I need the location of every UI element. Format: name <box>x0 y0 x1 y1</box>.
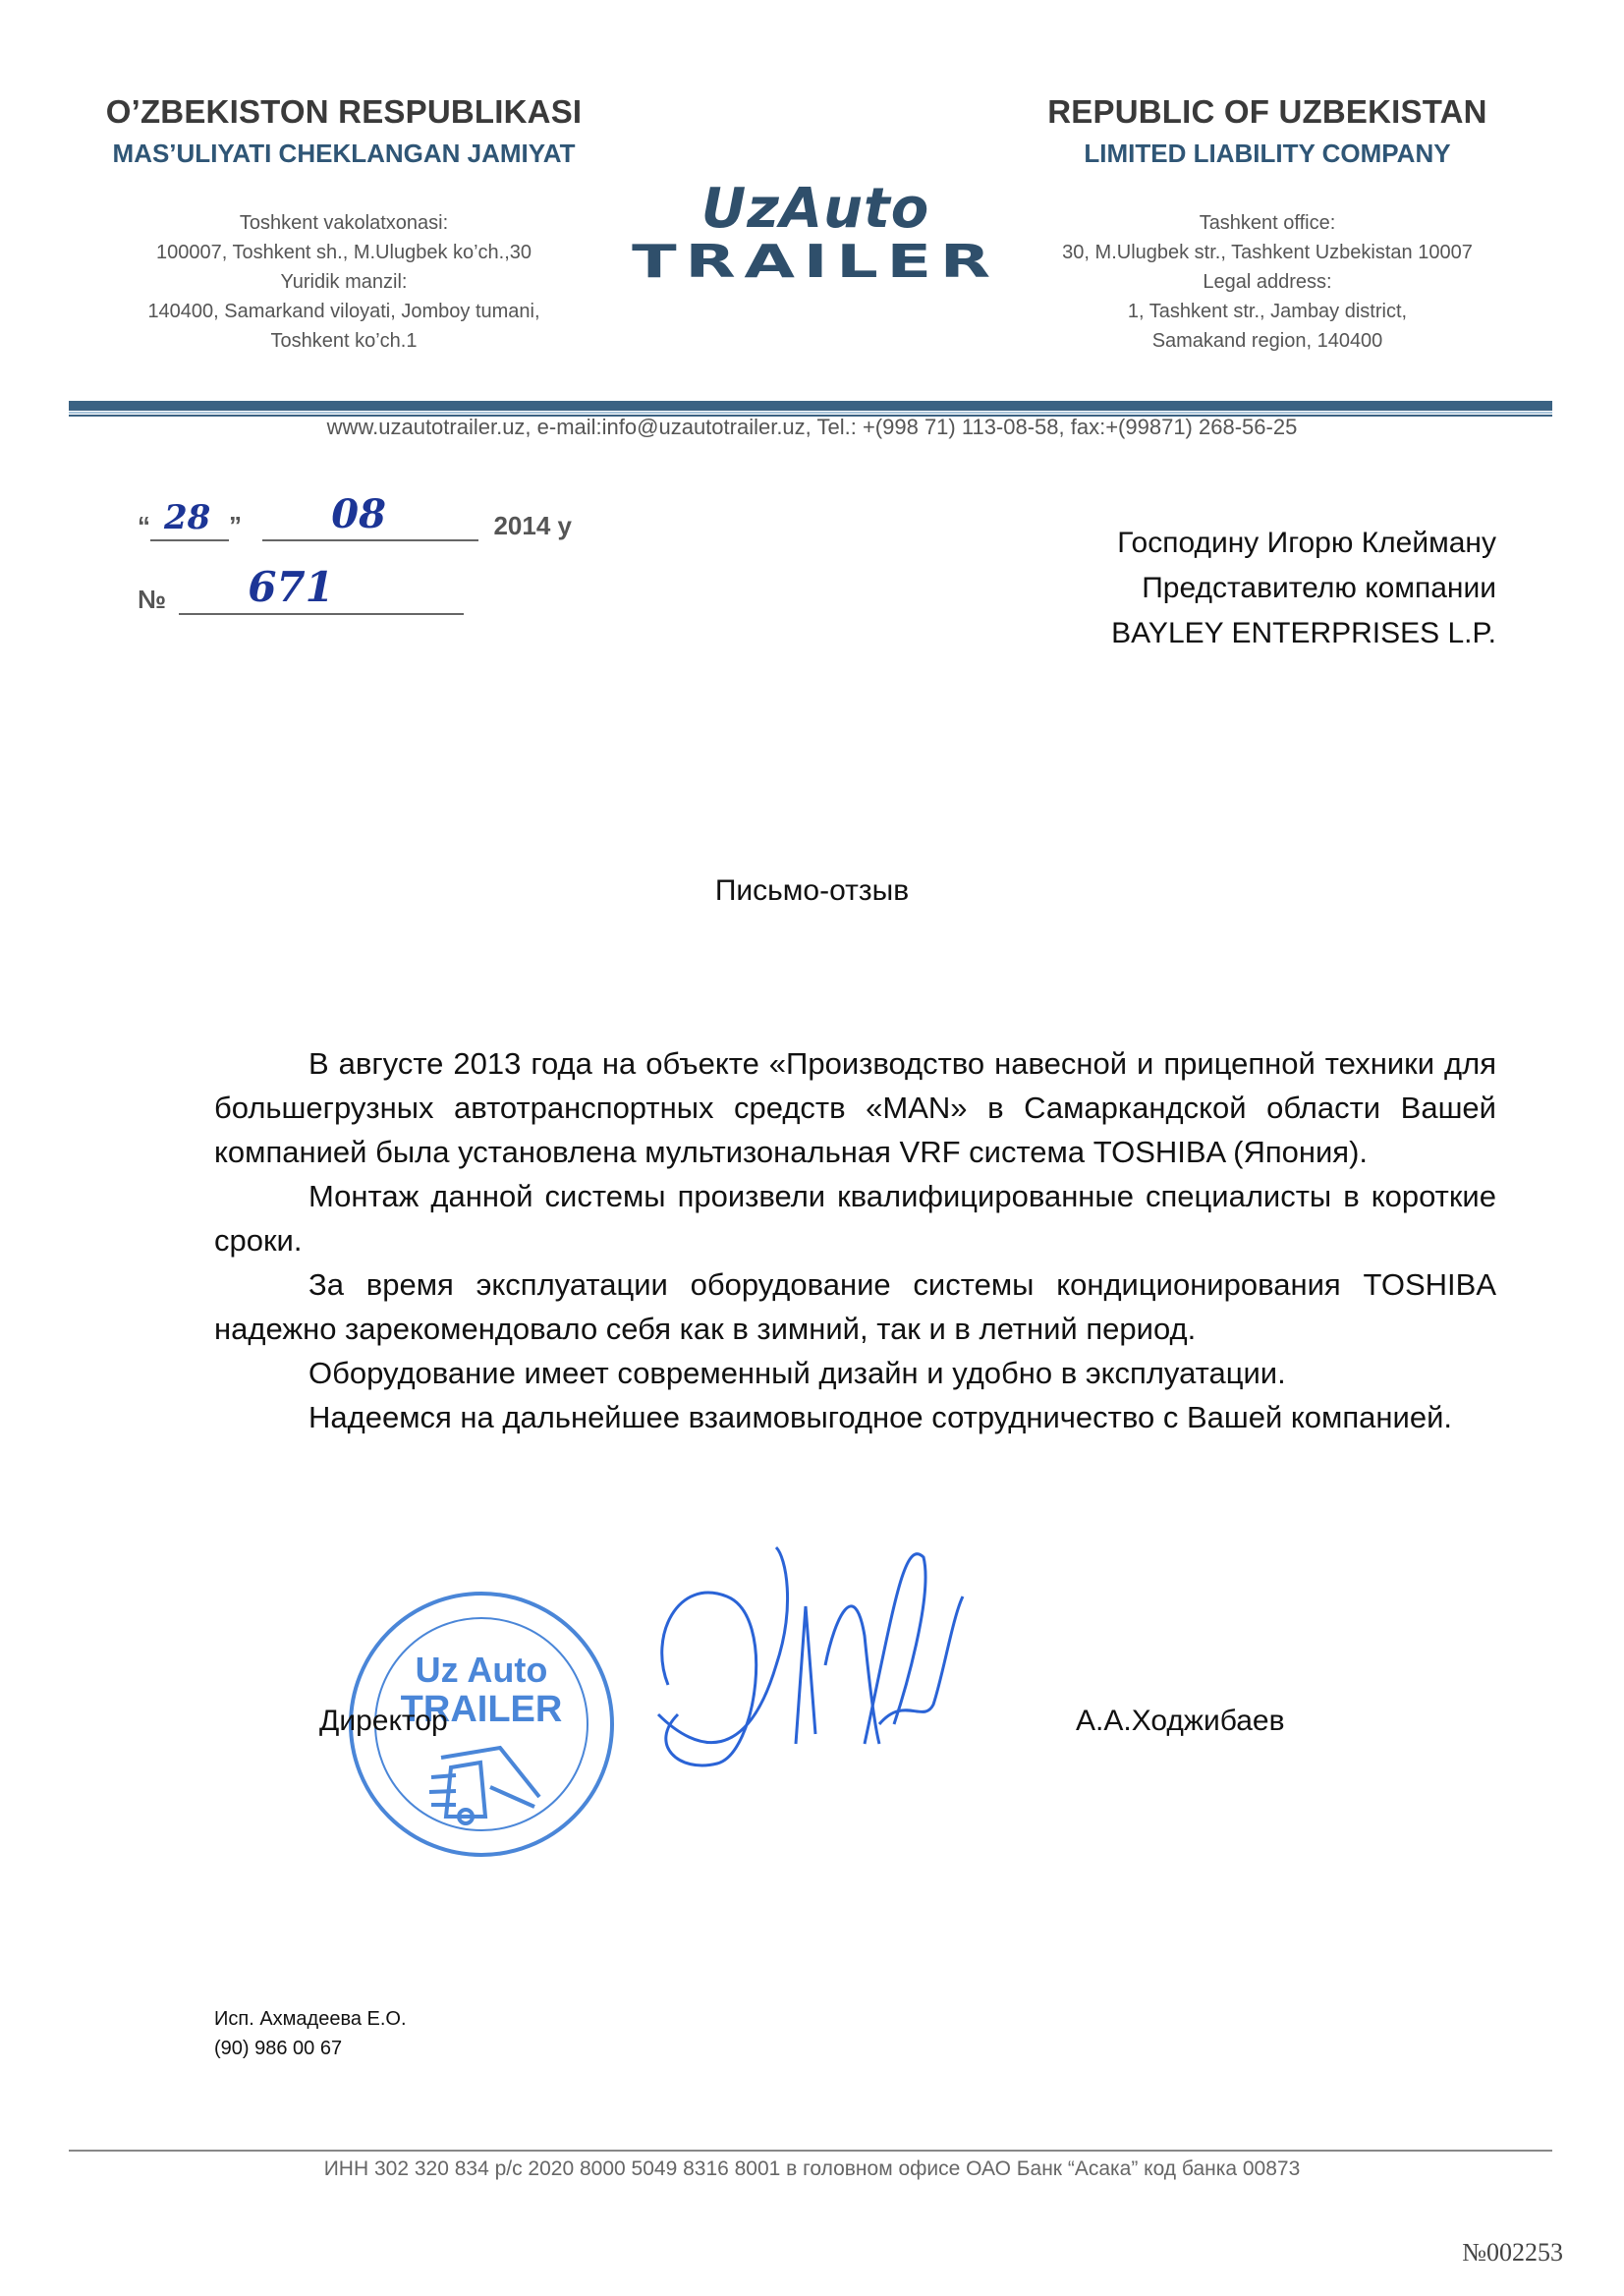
address-line: Legal address: <box>992 267 1542 297</box>
signatory-position: Директор <box>319 1705 448 1738</box>
close-quote: ” <box>229 511 242 540</box>
header-divider-line <box>69 412 1552 414</box>
executor-block: Исп. Ахмадеева Е.О. (90) 986 00 67 <box>214 2004 407 2063</box>
bank-details: ИНН 302 320 834 р/с 2020 8000 5049 8316 … <box>0 2157 1624 2181</box>
handwritten-number: 671 <box>248 563 334 611</box>
contact-info: www.uzautotrailer.uz, e-mail:info@uzauto… <box>0 415 1624 440</box>
form-serial-number: №002253 <box>1462 2238 1563 2268</box>
recipient-line: Господину Игорю Клейману <box>1111 521 1496 566</box>
logo-uzauto: UzAuto <box>629 177 1002 241</box>
number-label: № <box>138 585 166 614</box>
header-right: REPUBLIC OF UZBEKISTAN LIMITED LIABILITY… <box>992 93 1542 356</box>
footer-divider <box>69 2150 1552 2152</box>
number-underline: 671 <box>179 580 464 615</box>
address-line: Yuridik manzil: <box>69 267 619 297</box>
stamp-uzauto: Uz Auto <box>353 1650 610 1691</box>
recipient-line: Представителю компании <box>1111 566 1496 611</box>
body-paragraph: Оборудование имеет современный дизайн и … <box>214 1351 1496 1395</box>
header-right-address: Tashkent office: 30, M.Ulugbek str., Tas… <box>992 208 1542 356</box>
address-line: 1, Tashkent str., Jambay district, <box>992 297 1542 326</box>
letter-body: В августе 2013 года на объекте «Производ… <box>214 1041 1496 1439</box>
number-field: № 671 <box>138 580 464 615</box>
header-divider-band <box>69 401 1552 411</box>
handwritten-day: 28 <box>164 498 210 537</box>
header-left-address: Toshkent vakolatxonasi: 100007, Toshkent… <box>69 208 619 356</box>
header-left-subtitle: MAS’ULIYATI CHEKLANGAN JAMIYAT <box>69 139 619 169</box>
body-paragraph: Монтаж данной системы произвели квалифиц… <box>214 1174 1496 1262</box>
header-left: O’ZBEKISTON RESPUBLIKASI MAS’ULIYATI CHE… <box>69 93 619 356</box>
executor-name: Исп. Ахмадеева Е.О. <box>214 2004 407 2034</box>
signature-scribble <box>639 1518 973 1813</box>
day-underline: 28 <box>150 506 229 541</box>
address-line: Toshkent vakolatxonasi: <box>69 208 619 238</box>
signatory-name: А.А.Ходжибаев <box>1076 1705 1285 1738</box>
address-line: 100007, Toshkent sh., M.Ulugbek ko’ch.,3… <box>69 238 619 267</box>
address-line: Samakand region, 140400 <box>992 326 1542 356</box>
address-line: 30, M.Ulugbek str., Tashkent Uzbekistan … <box>992 238 1542 267</box>
document-title: Письмо-отзыв <box>0 874 1624 908</box>
recipient-block: Господину Игорю Клейману Представителю к… <box>1111 521 1496 656</box>
handwritten-month: 08 <box>331 491 386 537</box>
month-underline: 08 <box>262 506 478 541</box>
body-paragraph: Надеемся на дальнейшее взаимовыгодное со… <box>214 1395 1496 1439</box>
header-left-title: O’ZBEKISTON RESPUBLIKASI <box>69 93 619 131</box>
year-label: 2014 y <box>493 511 572 540</box>
body-paragraph: За время эксплуатации оборудование систе… <box>214 1262 1496 1351</box>
body-paragraph: В августе 2013 года на объекте «Производ… <box>214 1041 1496 1174</box>
executor-phone: (90) 986 00 67 <box>214 2034 407 2063</box>
address-line: Tashkent office: <box>992 208 1542 238</box>
address-line: 140400, Samarkand viloyati, Jomboy tuman… <box>69 297 619 326</box>
company-logo: UzAuto TRAILER <box>629 177 1002 288</box>
stamp-truck-icon <box>421 1738 549 1826</box>
recipient-line: BAYLEY ENTERPRISES L.P. <box>1111 611 1496 656</box>
open-quote: “ <box>138 511 150 540</box>
header-right-subtitle: LIMITED LIABILITY COMPANY <box>992 139 1542 169</box>
header-right-title: REPUBLIC OF UZBEKISTAN <box>992 93 1542 131</box>
date-field: “28” 08 2014 y <box>138 506 572 541</box>
address-line: Toshkent ko’ch.1 <box>69 326 619 356</box>
